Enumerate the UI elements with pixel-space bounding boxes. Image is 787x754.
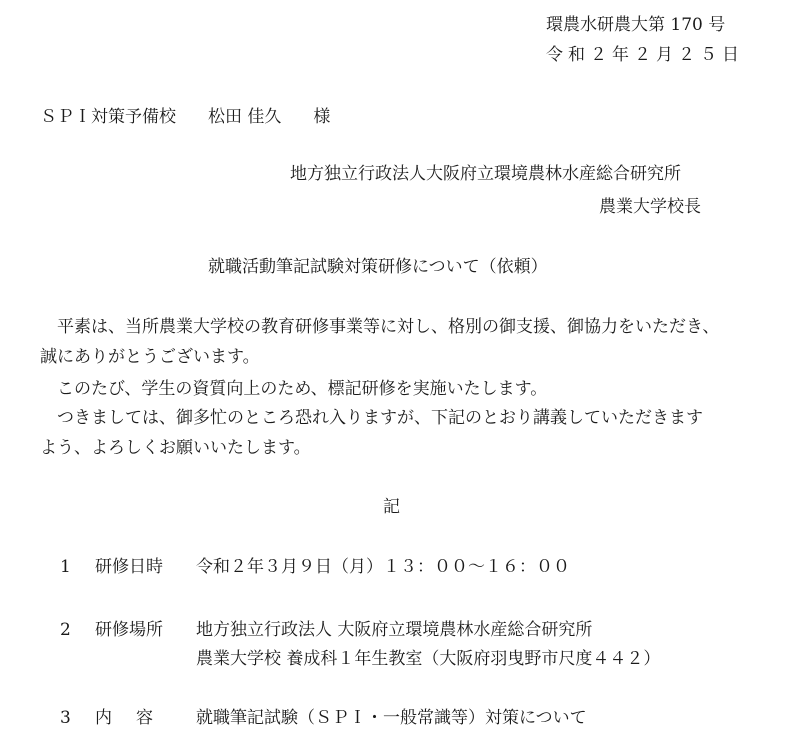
body-paragraph-2: このたび、学生の資質向上のため、標記研修を実施いたします。 [40,378,547,400]
document-date: 令和２年２月２５日 [546,44,744,66]
recipient-organization: ＳＰＩ対策予備校 [40,107,176,127]
sender-title: 農業大学校長 [599,196,701,218]
ki-heading: 記 [383,496,400,518]
item-value: 就職筆記試験（ＳＰＩ・一般常識等）対策について [196,707,587,729]
body-paragraph-3-line-1: つきましては、御多忙のところ恐れ入りますが、下記のとおり講義していただきます [40,407,703,429]
document-number: 環農水研農大第 170 号 [546,14,725,36]
item-label: 内容 [95,707,177,729]
item-value: 令和２年３月９日（月）１３：００～１６：００ [196,556,570,578]
item-label: 研修場所 [95,619,163,641]
recipient-name: 松田 佳久 [208,107,281,127]
body-paragraph-3-line-2: よう、よろしくお願いいたします。 [40,437,311,459]
sender-organization: 地方独立行政法人大阪府立環境農林水産総合研究所 [290,163,681,185]
item-number: 1 [60,556,71,578]
item-label: 研修日時 [95,556,163,578]
item-value: 地方独立行政法人 大阪府立環境農林水産総合研究所 [196,619,592,641]
item-number: 2 [60,619,71,641]
document-subject: 就職活動筆記試験対策研修について（依頼） [208,256,548,278]
recipient: ＳＰＩ対策予備校松田 佳久様 [40,106,330,128]
item-value: 農業大学校 養成科１年生教室（大阪府羽曳野市尺度４４２） [196,648,660,670]
item-number: 3 [60,707,71,729]
recipient-honorific: 様 [313,107,330,127]
body-paragraph-1-line-1: 平素は、当所農業大学校の教育研修事業等に対し、格別の御支援、御協力をいただき、 [40,316,719,338]
body-paragraph-1-line-2: 誠にありがとうございます。 [40,346,260,368]
